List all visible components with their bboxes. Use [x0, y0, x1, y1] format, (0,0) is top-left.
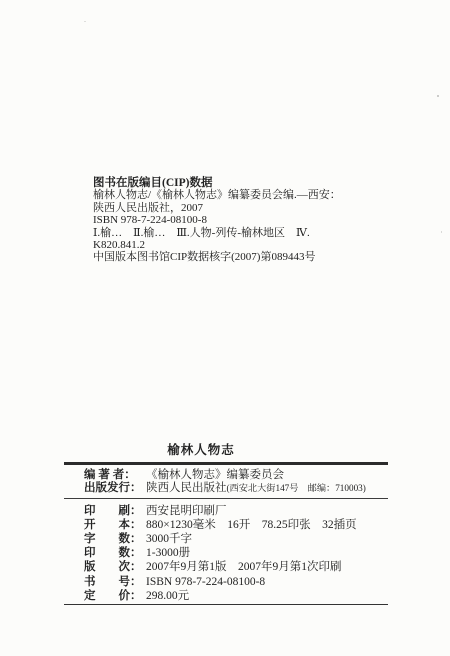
row-publisher: 出版发行：陕西人民出版社(西安北大街147号 邮编：710003) [64, 482, 388, 496]
colophon-block: 榆林人物志 编 著 者：《榆林人物志》编纂委员会 出版发行：陕西人民出版社(西安… [64, 442, 388, 605]
field-value: 2007年9月第1版 2007年9月第1次印刷 [146, 561, 342, 573]
cip-index-line: Ⅰ.榆… Ⅱ.榆… Ⅲ.人物-列传-榆林地区 Ⅳ. [93, 227, 383, 239]
field-value: 陕西人民出版社 [146, 482, 227, 494]
divider-bottom [64, 604, 388, 606]
scan-speck [441, 231, 442, 233]
cip-header: 图书在版编目(CIP)数据 [93, 177, 383, 189]
field-value: 3000千字 [146, 533, 192, 545]
field-label: 书 号： [84, 575, 142, 589]
row-printer: 印 刷：西安昆明印刷厂 [64, 504, 388, 518]
field-label: 出版发行： [84, 482, 142, 496]
field-label: 编 著 者： [84, 469, 142, 483]
field-label: 开 本： [84, 518, 142, 532]
field-value: ISBN 978-7-224-08100-8 [146, 576, 265, 588]
field-value: 298.00元 [146, 590, 189, 602]
copyright-page: 图书在版编目(CIP)数据 榆林人物志/《榆林人物志》编纂委员会编.—西安： 陕… [0, 0, 450, 656]
row-print-run: 印 数：1-3000册 [64, 546, 388, 560]
field-value: 880×1230毫米 16开 78.25印张 32插页 [146, 519, 357, 531]
row-editor: 编 著 者：《榆林人物志》编纂委员会 [64, 469, 388, 483]
divider-thin [64, 498, 388, 499]
scan-speck [84, 21, 86, 22]
row-isbn: 书 号：ISBN 978-7-224-08100-8 [64, 575, 388, 589]
field-label: 字 数： [84, 532, 142, 546]
book-title: 榆林人物志 [64, 442, 388, 458]
cip-title-line: 榆林人物志/《榆林人物志》编纂委员会编.—西安： [93, 189, 383, 201]
field-value: 1-3000册 [146, 547, 190, 559]
field-value: 《榆林人物志》编纂委员会 [146, 469, 284, 481]
colophon-rows-bottom: 印 刷：西安昆明印刷厂 开 本：880×1230毫米 16开 78.25印张 3… [64, 504, 388, 603]
colophon-rows-top: 编 著 者：《榆林人物志》编纂委员会 出版发行：陕西人民出版社(西安北大街147… [64, 469, 388, 496]
field-label: 版 次： [84, 560, 142, 574]
divider-thick [64, 462, 388, 465]
row-price: 定 价：298.00元 [64, 589, 388, 603]
publisher-address-note: (西安北大街147号 邮编：710003) [227, 483, 366, 493]
field-value: 西安昆明印刷厂 [146, 505, 227, 517]
cip-class-number: K820.841.2 [93, 239, 383, 251]
cip-record-number: 中国版本图书馆CIP数据核字(2007)第089443号 [93, 251, 383, 263]
field-label: 印 数： [84, 546, 142, 560]
field-label: 印 刷： [84, 504, 142, 518]
cip-publisher-line: 陕西人民出版社，2007 [93, 202, 383, 214]
cip-block: 图书在版编目(CIP)数据 榆林人物志/《榆林人物志》编纂委员会编.—西安： 陕… [93, 177, 383, 264]
field-label: 定 价： [84, 589, 142, 603]
row-word-count: 字 数：3000千字 [64, 532, 388, 546]
cip-isbn-line: ISBN 978-7-224-08100-8 [93, 214, 383, 226]
row-format: 开 本：880×1230毫米 16开 78.25印张 32插页 [64, 518, 388, 532]
row-edition: 版 次：2007年9月第1版 2007年9月第1次印刷 [64, 560, 388, 574]
scan-speck [437, 95, 439, 97]
